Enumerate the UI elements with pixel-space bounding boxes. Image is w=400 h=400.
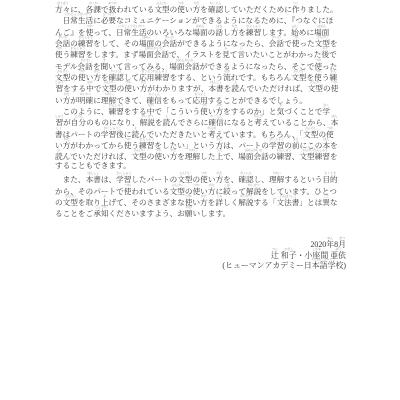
signature-authors: 辻つじ 和子かずこ・小座間こざま 亜依あい — [222, 247, 346, 258]
text-line: 方々ほうぼうに、各課かくかで扱あつかわれている文型ぶんけいの使つかい方かたを確認… — [55, 1, 347, 12]
signature-block: 2020年ねん8月がつ辻つじ 和子かずこ・小座間こざま 亜依あい(ヒューマンアカ… — [222, 236, 346, 268]
document-page: 方々ほうぼうに、各課かくかで扱あつかわれている文型ぶんけいの使つかい方かたを確認… — [0, 0, 400, 400]
text-line: また、本書ほんしょは、学習がくしゅうしたパートの文型ぶんけいの使つかい方かたを、… — [55, 171, 347, 182]
preface-body-text: 方々ほうぼうに、各課かくかで扱あつかわれている文型ぶんけいの使つかい方かたを確認… — [55, 1, 347, 217]
signature-date: 2020年ねん8月がつ — [222, 236, 346, 247]
